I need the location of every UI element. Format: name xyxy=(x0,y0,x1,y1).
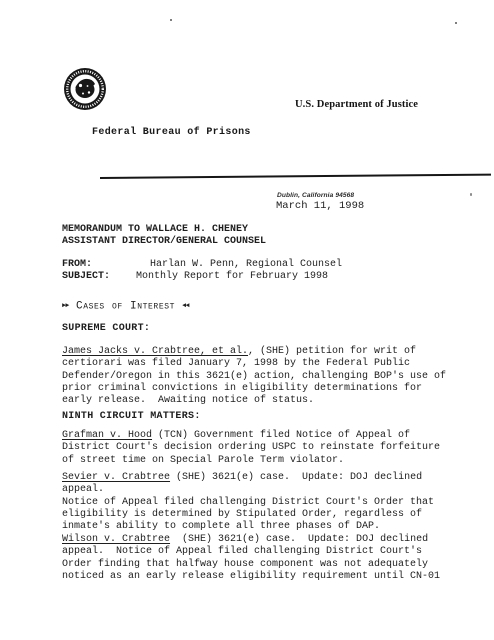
memo-to-line: MEMORANDUM TO WALLACE H. CHENEY xyxy=(62,224,266,236)
department-title: U.S. Department of Justice xyxy=(295,99,418,110)
case-paragraph-sevier: Sevier v. Crabtree (SHE) 3621(e) case. U… xyxy=(62,472,449,533)
case-title: Sevier v. Crabtree xyxy=(62,472,170,483)
from-value: Harlan W. Penn, Regional Counsel xyxy=(150,259,342,271)
cases-heading-label: Cases of Interest xyxy=(76,301,175,313)
ninth-circuit-heading: NINTH CIRCUIT MATTERS: xyxy=(62,411,201,423)
case-paragraph-grafman: Grafman v. Hood (TCN) Government filed N… xyxy=(62,430,449,467)
cases-of-interest-heading: ►► Cases of Interest ◄◄ xyxy=(62,300,189,313)
case-paragraph-james-jacks: James Jacks v. Crabtree, et al., (SHE) p… xyxy=(62,346,449,407)
scan-speck xyxy=(170,19,172,21)
memo-subject-row: SUBJECT: Monthly Report for February 199… xyxy=(62,271,442,283)
memo-addressee-block: MEMORANDUM TO WALLACE H. CHENEY ASSISTAN… xyxy=(62,224,266,249)
scan-speck xyxy=(470,193,472,196)
letterhead-location: Dublin, California 94568 xyxy=(277,192,354,199)
case-title: Grafman v. Hood xyxy=(62,430,152,441)
letterhead-rule xyxy=(100,174,491,179)
subject-label: SUBJECT: xyxy=(62,271,110,282)
memo-page: U.S. Department of Justice Federal Burea… xyxy=(0,0,494,640)
memo-date: March 11, 1998 xyxy=(276,200,364,212)
case-paragraph-wilson: Wilson v. Crabtree (SHE) 3621(e) case. U… xyxy=(62,534,449,583)
bureau-title: Federal Bureau of Prisons xyxy=(92,127,251,139)
from-label: FROM: xyxy=(62,259,92,270)
case-title: Wilson v. Crabtree xyxy=(62,534,170,545)
memo-to-title-line: ASSISTANT DIRECTOR/GENERAL COUNSEL xyxy=(62,236,266,248)
arrows-left-icon: ◄◄ xyxy=(182,302,189,309)
case-title: James Jacks v. Crabtree, et al. xyxy=(62,346,248,357)
memo-from-row: FROM: Harlan W. Penn, Regional Counsel xyxy=(62,259,442,271)
doj-seal-icon xyxy=(62,66,108,112)
arrows-right-icon: ►► xyxy=(62,302,69,309)
scan-speck xyxy=(455,22,457,24)
subject-value: Monthly Report for February 1998 xyxy=(136,271,328,283)
supreme-court-heading: SUPREME COURT: xyxy=(62,323,150,335)
